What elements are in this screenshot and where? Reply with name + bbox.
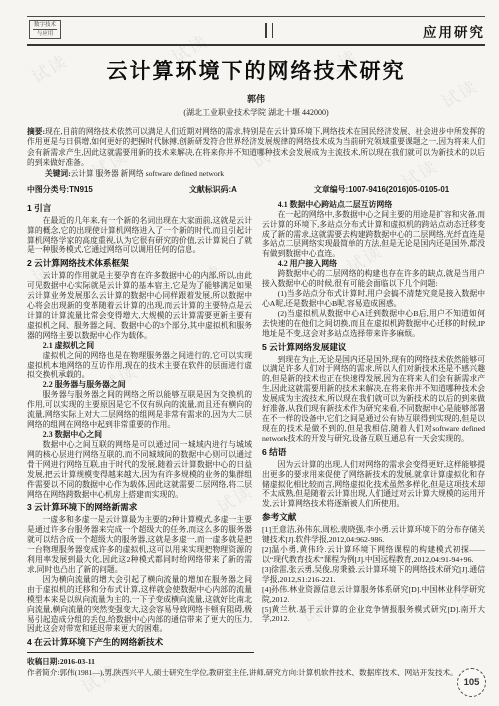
reference-item: [5]黄兰秋.基于云计算的企业竞争情报服务模式研究[D].南开大学,2012. — [262, 605, 485, 625]
document-code: 文献标识码:A — [189, 184, 314, 195]
list-item: (2)当虚拟机从数据中心A迁到数据中心B后,用户不知道如何去快速的在他们之间切换… — [262, 309, 485, 339]
section-heading: 2 云计算网络技术体系框架 — [27, 258, 252, 269]
clc-number: 中图分类号:TN915 — [27, 184, 189, 195]
author-affiliation: (湖北工业职业技术学院 湖北十堰 442000) — [27, 107, 485, 118]
journal-header: 数字技术 与应用 应用研究 — [27, 16, 485, 46]
section-heading: 6 结语 — [262, 447, 485, 458]
article-body: 1 引言 在最近的几年来,有一个新的名词出现在大家面前,这就是云计算的概念,它的… — [27, 200, 485, 679]
subsection-heading: 2.1 虚拟机之间 — [27, 341, 252, 351]
right-column: 4.1 数据中心跨站点二层互访网络 在一起的网络中,多数据中心之间主要的用途是扩… — [262, 200, 485, 679]
journal-logo-line1: 数字技术 — [33, 21, 57, 30]
header-divider-marks — [265, 23, 273, 38]
paragraph: 云计算的作用就是主要孕育在许多数据中心的内部,所以,由此可见数据中心实际就是云计… — [27, 271, 252, 340]
column-section-label: 应用研究 — [423, 21, 485, 41]
article-meta: 中图分类号:TN915 文献标识码:A 文章编号:1007-9416(2016)… — [27, 184, 485, 195]
reference-item: [3]徐雷,张云勇,吴俊,房秉毅.云计算环境下的网络技术研究[J].通信学报,2… — [262, 565, 485, 585]
keywords-text: 云计算 服务器 新网络 software defined network — [71, 169, 225, 178]
author-name: 郭伟 — [27, 92, 485, 105]
paragraph: 服务器与服务器之间的网络之所以能够互联是因为交换机的作用,可以实现的主要原因是它… — [27, 390, 252, 430]
reference-item: [4]孙伟.林业资源信息云计算服务体系研究[D].中国林业科学研究院,2012. — [262, 585, 485, 605]
section-heading: 1 引言 — [27, 203, 252, 214]
subsection-heading: 2.2 服务器与服务器之间 — [27, 380, 252, 390]
paragraph: 在最近的几年来,有一个新的名词出现在大家面前,这就是云计算的概念,它的出现使计算… — [27, 216, 252, 256]
section-heading: 5 云计算网络发展建议 — [262, 342, 485, 353]
abstract: 摘要:现在,目前的网络技术依然可以满足人们近期对网络的需求,特别是在云计算环境下… — [27, 127, 485, 168]
abstract-text: 现在,目前的网络技术依然可以满足人们近期对网络的需求,特别是在云计算环境下,网络… — [27, 127, 485, 167]
subsection-heading: 2.3 数据中心之间 — [27, 430, 252, 440]
paragraph: 因为云计算的出现,人们对网络的需求会变得更好,这样能够提出更多的要求用来促使了网… — [262, 460, 485, 510]
paragraph: 虚拟机之间的网络也是在物理服务器之间进行的,它可以实现虚拟机本地网络的互访作用,… — [27, 351, 252, 381]
paragraph: 跨数据中心的二层网络的构建也存在许多的缺点,就是当用户接入数据中心的时候,很有可… — [262, 269, 485, 289]
paragraph: 数据中心之间互联的网络是可以通过同一城域内进行与城域网的核心层进行网络互联的,而… — [27, 440, 252, 499]
reference-item: [1]王意洁,孙伟东,周松,裴晓强,李小勇.云计算环境下的分布存储关键技术[J]… — [262, 525, 485, 545]
list-item: (1)当多站点分布式计算时,用户会搞不清楚究竟是接入数据中心A呢,还是数据中心B… — [262, 289, 485, 309]
article-id: 文章编号:1007-9416(2016)05-0105-01 — [314, 184, 449, 195]
left-column: 1 引言 在最近的几年来,有一个新的名词出现在大家面前,这就是云计算的概念,它的… — [27, 200, 252, 679]
journal-logo-line2: 与应用 — [33, 30, 57, 38]
abstract-label: 摘要: — [27, 127, 45, 136]
paragraph: 到现在为止,无论是国内还是国外,现有的网络技术依然能够可以满足许多人们对于网络的… — [262, 355, 485, 444]
page-title: 云计算环境下的网络技术研究 — [27, 55, 485, 85]
paragraph: 因为横向流量的增大会引起了横向流量的增加在服务器之间由于虚拟机的迁移和分布式计算… — [27, 575, 252, 634]
paragraph: 一虚多和多虚一是云计算最为主要的2种计算模式,多虚一主要是通过许多台服务器来完成… — [27, 515, 252, 574]
footnote-rule — [27, 652, 254, 653]
section-heading: 3 云计算环境下的网络新需求 — [27, 502, 252, 513]
paragraph: 在一起的网络中,多数据中心之间主要的用途是扩容和灾备,而云计算的环境下,多站点分… — [262, 210, 485, 260]
reference-item: [2]温小勇,黄伟玲.云计算环境下网络课程的构建模式初探——以“现代教育技术”课… — [262, 545, 485, 565]
subsection-heading: 4.1 数据中心跨站点二层互访网络 — [262, 200, 485, 210]
journal-logo: 数字技术 与应用 — [29, 20, 61, 39]
keywords-label: 关键词: — [45, 169, 71, 178]
paper-page: 数字技术 与应用 应用研究 云计算环境下的网络技术研究 郭伟 (湖北工业职业技术… — [0, 0, 499, 706]
references-heading: 参考文献 — [262, 512, 485, 523]
subsection-heading: 4.2 用户接入网络 — [262, 259, 485, 269]
section-heading: 4 在云计算环境下产生的网络新技术 — [27, 637, 252, 648]
keywords: 关键词:云计算 服务器 新网络 software defined network — [27, 169, 485, 180]
